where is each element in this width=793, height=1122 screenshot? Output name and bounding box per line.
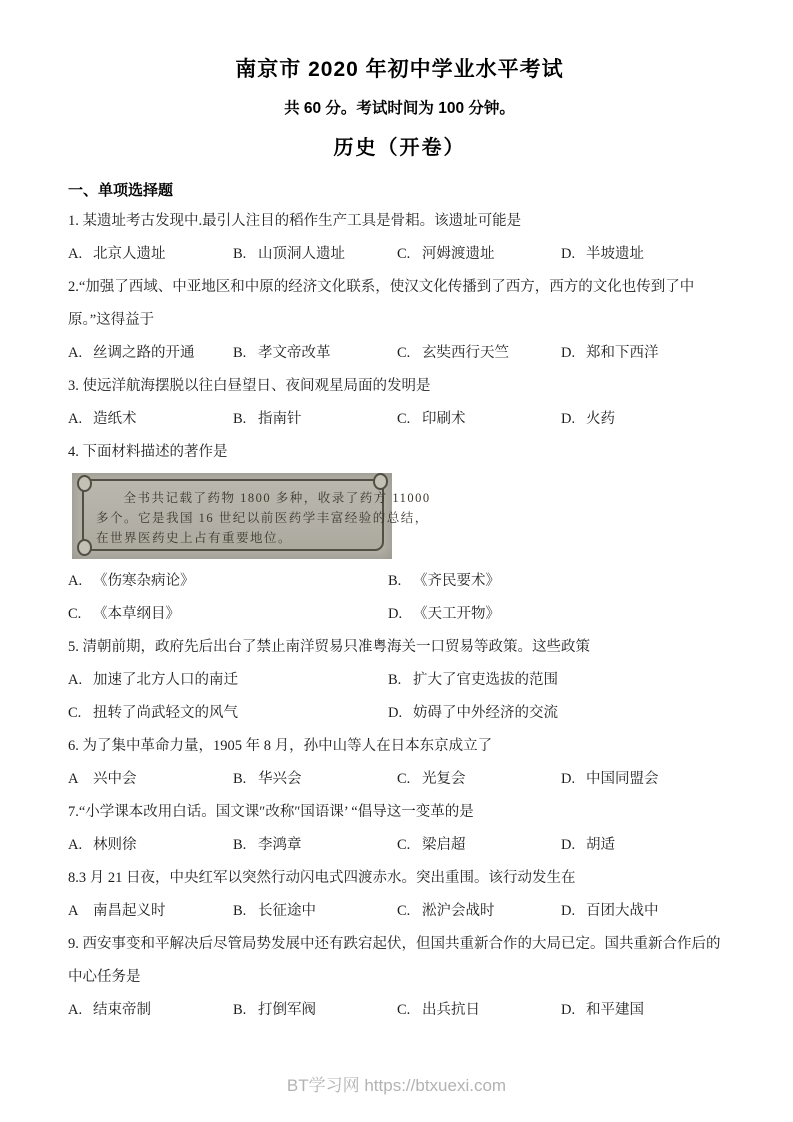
option-text: 出兵抗日 [422,1002,480,1018]
question-list: 1. 某遗址考古发现中.最引人注目的稻作生产工具是骨耜。该遗址可能是 A.北京人… [68,205,731,1027]
question-4: 4. 下面材料描述的著作是 全书共记载了药物 1800 多种，收录了药方 110… [68,436,731,631]
option-a: A.《伤寒杂病论》 [68,565,388,598]
option-a: A兴中会 [68,763,233,796]
question-text: 4. 下面材料描述的著作是 [68,436,732,469]
question-text: 2.“加强了西域、中亚地区和中原的经济文化联系，使汉文化传播到了西方，西方的文化… [68,271,732,337]
option-d: D.半坡遗址 [561,238,732,271]
option-text: 和平建国 [586,1002,644,1018]
option-a: A.结束帝制 [68,994,233,1027]
option-text: 胡适 [586,837,615,853]
option-text: 北京人遗址 [93,246,166,262]
question-7: 7.“小学课本改用白话。国文课″改称″国语课’ “倡导这一变革的是 A.林则徐 … [68,796,731,862]
option-label: D. [561,238,586,271]
option-d: D.和平建国 [561,994,732,1027]
option-c: C.《本草纲目》 [68,598,388,631]
option-b: B.华兴会 [233,763,397,796]
option-label: B. [233,238,258,271]
watermark-footer: BT学习网 https://btxuexi.com [0,1071,793,1096]
question-text: 3. 使远洋航海摆脱以往白昼望日、夜间观星局面的发明是 [68,370,732,403]
option-text: 《天工开物》 [413,606,500,622]
options-row: A.造纸术 B.指南针 C.印刷术 D.火药 [68,403,732,436]
option-a: A.北京人遗址 [68,238,233,271]
option-text: 打倒军阀 [258,1002,316,1018]
option-label: B. [233,829,258,862]
option-label: A. [68,994,93,1027]
option-label: C. [68,598,93,631]
option-label: D. [388,598,413,631]
exam-page: 南京市 2020 年初中学业水平考试 共 60 分。考试时间为 100 分钟。 … [0,0,793,1027]
option-label: C. [397,403,422,436]
option-a: A.加速了北方人口的南迁 [68,664,388,697]
option-label: D. [561,763,586,796]
option-label: D. [561,895,586,928]
option-a: A.林则徐 [68,829,233,862]
option-a: A.丝调之路的开通 [68,337,233,370]
option-d: D.胡适 [561,829,732,862]
option-label: C. [397,829,422,862]
options-row: A兴中会 B.华兴会 C.光复会 D.中国同盟会 [68,763,732,796]
option-text: 淞沪会战时 [422,903,495,919]
option-label: D. [561,994,586,1027]
options-grid: A.《伤寒杂病论》 B.《齐民要术》 C.《本草纲目》 D.《天工开物》 [68,565,732,631]
option-b: B.扩大了官吏选拔的范围 [388,664,732,697]
option-label: A. [68,565,93,598]
option-text: 林则徐 [93,837,137,853]
option-label: D. [561,337,586,370]
option-label: A [68,763,93,796]
option-text: 梁启超 [422,837,466,853]
option-d: D.中国同盟会 [561,763,732,796]
option-label: C. [68,697,93,730]
option-c: C.扭转了尚武轻文的风气 [68,697,388,730]
option-text: 长征途中 [258,903,316,919]
option-text: 光复会 [422,771,466,787]
option-text: 造纸术 [93,411,137,427]
option-c: C.玄奘西行天竺 [397,337,561,370]
option-text: 玄奘西行天竺 [422,345,509,361]
option-label: B. [233,994,258,1027]
option-a: A.造纸术 [68,403,233,436]
option-label: A. [68,403,93,436]
scroll-frame: 全书共记载了药物 1800 多种，收录了药方 11000 多个。它是我国 16 … [82,479,384,551]
question-text: 1. 某遗址考古发现中.最引人注目的稻作生产工具是骨耜。该遗址可能是 [68,205,732,238]
question-6: 6. 为了集中革命力量，1905 年 8 月，孙中山等人在日本东京成立了 A兴中… [68,730,731,796]
question-3: 3. 使远洋航海摆脱以往白昼望日、夜间观星局面的发明是 A.造纸术 B.指南针 … [68,370,731,436]
option-c: C.出兵抗日 [397,994,561,1027]
option-text: 扩大了官吏选拔的范围 [413,672,558,688]
option-text: 百团大战中 [586,903,659,919]
question-9: 9. 西安事变和平解决后尽管局势发展中还有跌宕起伏，但国共重新合作的大局已定。国… [68,928,731,1027]
option-label: A. [68,829,93,862]
exam-subtitle: 共 60 分。考试时间为 100 分钟。 [68,98,731,119]
option-b: B.长征途中 [233,895,397,928]
option-c: C.河姆渡遗址 [397,238,561,271]
question-text: 7.“小学课本改用白话。国文课″改称″国语课’ “倡导这一变革的是 [68,796,732,829]
option-text: 华兴会 [258,771,302,787]
question-1: 1. 某遗址考古发现中.最引人注目的稻作生产工具是骨耜。该遗址可能是 A.北京人… [68,205,731,271]
option-text: 丝调之路的开通 [93,345,195,361]
option-label: A. [68,238,93,271]
option-label: B. [233,895,258,928]
question-5: 5. 清朝前期，政府先后出台了禁止南洋贸易只准粤海关一口贸易等政策。这些政策 A… [68,631,731,730]
option-text: 孝文帝改革 [258,345,331,361]
material-image: 全书共记载了药物 1800 多种，收录了药方 11000 多个。它是我国 16 … [72,473,392,559]
option-label: C. [397,895,422,928]
option-b: B.山顶洞人遗址 [233,238,397,271]
option-c: C.淞沪会战时 [397,895,561,928]
question-text: 5. 清朝前期，政府先后出台了禁止南洋贸易只准粤海关一口贸易等政策。这些政策 [68,631,732,664]
question-2: 2.“加强了西域、中亚地区和中原的经济文化联系，使汉文化传播到了西方，西方的文化… [68,271,731,370]
options-row: A.丝调之路的开通 B.孝文帝改革 C.玄奘西行天竺 D.郑和下西洋 [68,337,732,370]
page-title: 南京市 2020 年初中学业水平考试 [68,56,731,84]
question-8: 8.3 月 21 日夜，中央红军以突然行动闪电式四渡赤水。突出重围。该行动发生在… [68,862,731,928]
option-d: D.妨碍了中外经济的交流 [388,697,732,730]
option-label: D. [561,403,586,436]
option-label: C. [397,994,422,1027]
option-text: 《齐民要术》 [413,573,500,589]
option-d: D.《天工开物》 [388,598,732,631]
option-text: 指南针 [258,411,302,427]
material-text-line: 在世界医药史上占有重要地位。 [96,528,374,548]
option-text: 《本草纲目》 [93,606,180,622]
option-label: B. [233,337,258,370]
option-d: D.百团大战中 [561,895,732,928]
option-label: A. [68,664,93,697]
option-text: 南昌起义时 [93,903,166,919]
option-b: B.孝文帝改革 [233,337,397,370]
scroll-curl-icon [77,475,92,492]
option-label: D. [388,697,413,730]
option-text: 《伤寒杂病论》 [93,573,195,589]
option-text: 山顶洞人遗址 [258,246,345,262]
option-text: 河姆渡遗址 [422,246,495,262]
scroll-curl-icon [77,539,92,556]
option-text: 火药 [586,411,615,427]
option-text: 兴中会 [93,771,137,787]
option-b: B.《齐民要术》 [388,565,732,598]
option-label: B. [233,763,258,796]
option-label: A. [68,337,93,370]
option-text: 印刷术 [422,411,466,427]
option-b: B.李鸿章 [233,829,397,862]
option-text: 李鸿章 [258,837,302,853]
option-b: B.打倒军阀 [233,994,397,1027]
option-text: 郑和下西洋 [586,345,659,361]
options-row: A.结束帝制 B.打倒军阀 C.出兵抗日 D.和平建国 [68,994,732,1027]
section-heading: 一、单项选择题 [68,180,731,201]
option-text: 妨碍了中外经济的交流 [413,705,558,721]
options-row: A.北京人遗址 B.山顶洞人遗址 C.河姆渡遗址 D.半坡遗址 [68,238,732,271]
option-d: D.郑和下西洋 [561,337,732,370]
question-text: 9. 西安事变和平解决后尽管局势发展中还有跌宕起伏，但国共重新合作的大局已定。国… [68,928,732,994]
option-c: C.光复会 [397,763,561,796]
question-text: 8.3 月 21 日夜，中央红军以突然行动闪电式四渡赤水。突出重围。该行动发生在 [68,862,732,895]
option-text: 结束帝制 [93,1002,151,1018]
option-label: B. [388,565,413,598]
option-d: D.火药 [561,403,732,436]
option-text: 半坡遗址 [586,246,644,262]
options-row: A.林则徐 B.李鸿章 C.梁启超 D.胡适 [68,829,732,862]
option-c: C.梁启超 [397,829,561,862]
paper-name: 历史（开卷） [68,135,731,162]
material-text-line: 全书共记载了药物 1800 多种，收录了药方 11000 [96,488,374,508]
option-a: A南昌起义时 [68,895,233,928]
option-label: B. [233,403,258,436]
options-row: A南昌起义时 B.长征途中 C.淞沪会战时 D.百团大战中 [68,895,732,928]
options-grid: A.加速了北方人口的南迁 B.扩大了官吏选拔的范围 C.扭转了尚武轻文的风气 D… [68,664,732,730]
option-c: C.印刷术 [397,403,561,436]
option-label: A [68,895,93,928]
option-b: B.指南针 [233,403,397,436]
material-text-line: 多个。它是我国 16 世纪以前医药学丰富经验的总结， [96,508,374,528]
option-text: 扭转了尚武轻文的风气 [93,705,238,721]
option-label: C. [397,763,422,796]
option-label: C. [397,337,422,370]
option-text: 中国同盟会 [586,771,659,787]
question-text: 6. 为了集中革命力量，1905 年 8 月，孙中山等人在日本东京成立了 [68,730,732,763]
option-text: 加速了北方人口的南迁 [93,672,238,688]
option-label: C. [397,238,422,271]
option-label: D. [561,829,586,862]
scroll-curl-icon [373,473,388,490]
option-label: B. [388,664,413,697]
